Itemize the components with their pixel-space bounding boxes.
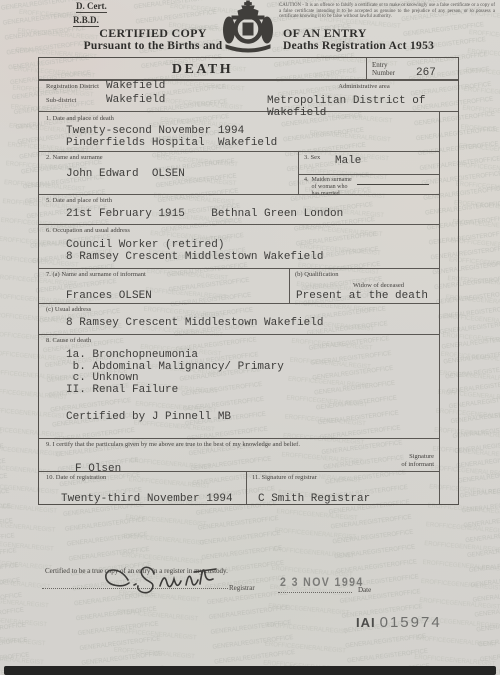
row8-label: 8. Cause of death <box>46 337 91 345</box>
doc-type-dcert: D. Cert. <box>76 1 107 13</box>
row7c-value: 8 Ramsey Crescent Middlestown Wakefield <box>66 317 323 329</box>
divider <box>39 334 439 335</box>
maiden-surname-blank-line <box>357 184 429 185</box>
caution-text: CAUTION - It is an offence to falsify a … <box>279 3 495 20</box>
title-certified-copy: CERTIFIED COPY <box>80 26 226 41</box>
divider <box>39 303 439 304</box>
divider <box>298 174 439 175</box>
row11-value: C Smith Registrar <box>258 493 370 505</box>
title-of-an-entry: OF AN ENTRY <box>283 26 367 41</box>
row9-label: 9. I certify that the particulars given … <box>46 441 300 449</box>
row10-label: 10. Date of registration <box>46 474 106 482</box>
divider <box>298 151 299 194</box>
title-deaths-act: Deaths Registration Act 1953 <box>283 40 434 52</box>
row7b-value-present: Present at the death <box>296 290 428 302</box>
certificate-serial: IAI 015974 <box>356 614 442 632</box>
row7b-label: (b) Qualification <box>295 271 339 279</box>
sub-district-label: Sub-district <box>46 97 76 105</box>
divider <box>39 79 458 81</box>
signature-of-informant-label: Signature of informant <box>334 453 434 468</box>
divider <box>39 151 439 152</box>
row11-label: 11. Signature of registrar <box>252 474 317 482</box>
registration-district-label: Registration District <box>46 83 99 91</box>
row7c-label: (c) Usual address <box>46 306 91 314</box>
title-pursuant: Pursuant to the Births and <box>80 40 226 52</box>
row3-label: 3. Sex <box>304 154 320 162</box>
row5-value: 21st February 1915 Bethnal Green London <box>66 208 343 220</box>
divider <box>39 438 439 439</box>
row1-label: 1. Date and place of death <box>46 115 114 123</box>
serial-prefix: IAI <box>356 615 376 630</box>
scan-bottom-edge <box>4 666 496 675</box>
administrative-area-label: Administrative area <box>289 83 439 91</box>
date-label: Date <box>358 587 371 595</box>
death-entry-form: DEATH Entry Number 267 Registration Dist… <box>38 57 459 505</box>
divider <box>439 111 440 504</box>
registrar-handwritten-signature <box>98 556 238 600</box>
row6-value: Council Worker (retired) 8 Ramsey Cresce… <box>66 239 323 263</box>
row2-value: John Edward OLSEN <box>66 168 185 180</box>
row4-label: 4. Maiden surname of woman who has marri… <box>304 177 352 197</box>
row7a-value: Frances OLSEN <box>66 290 152 302</box>
date-received-stamp: 2 3 NOV 1994 <box>280 577 364 589</box>
entry-number-label: Entry Number <box>372 61 395 77</box>
serial-number: 015974 <box>380 614 442 631</box>
sub-district-value: Wakefield <box>106 94 165 106</box>
divider <box>39 224 439 225</box>
row6-label: 6. Occupation and usual address <box>46 227 130 235</box>
row10-value: Twenty-third November 1994 <box>61 493 233 505</box>
row1-value: Twenty-second November 1994 Pinderfields… <box>66 125 277 149</box>
date-line <box>278 592 352 593</box>
row2-label: 2. Name and surname <box>46 154 103 162</box>
divider <box>39 194 439 195</box>
divider <box>246 471 247 504</box>
row7b-value-widow: Widow of deceased <box>289 282 404 290</box>
form-title-death: DEATH <box>39 62 366 78</box>
registration-district-value: Wakefield <box>106 80 165 92</box>
row7a-label: 7. (a) Name and surname of informant <box>46 271 146 279</box>
royal-coat-of-arms-icon <box>218 0 278 54</box>
administrative-area-value: Metropolitan District of Wakefield <box>267 95 425 119</box>
divider <box>366 58 367 79</box>
row5-label: 5. Date and place of birth <box>46 197 112 205</box>
certificate-page: GENERALREGISTEROFFICE EROFFICEGENERALREG… <box>0 0 500 675</box>
row8-certifier: Certified by J Pinnell MB <box>66 411 231 423</box>
divider <box>39 268 439 269</box>
row3-value: Male <box>335 155 361 167</box>
row8-cause-of-death: 1a. Bronchopneumonia b. Abdominal Malign… <box>66 350 284 396</box>
registrar-label: Registrar <box>229 585 255 593</box>
entry-number-value: 267 <box>416 67 436 79</box>
